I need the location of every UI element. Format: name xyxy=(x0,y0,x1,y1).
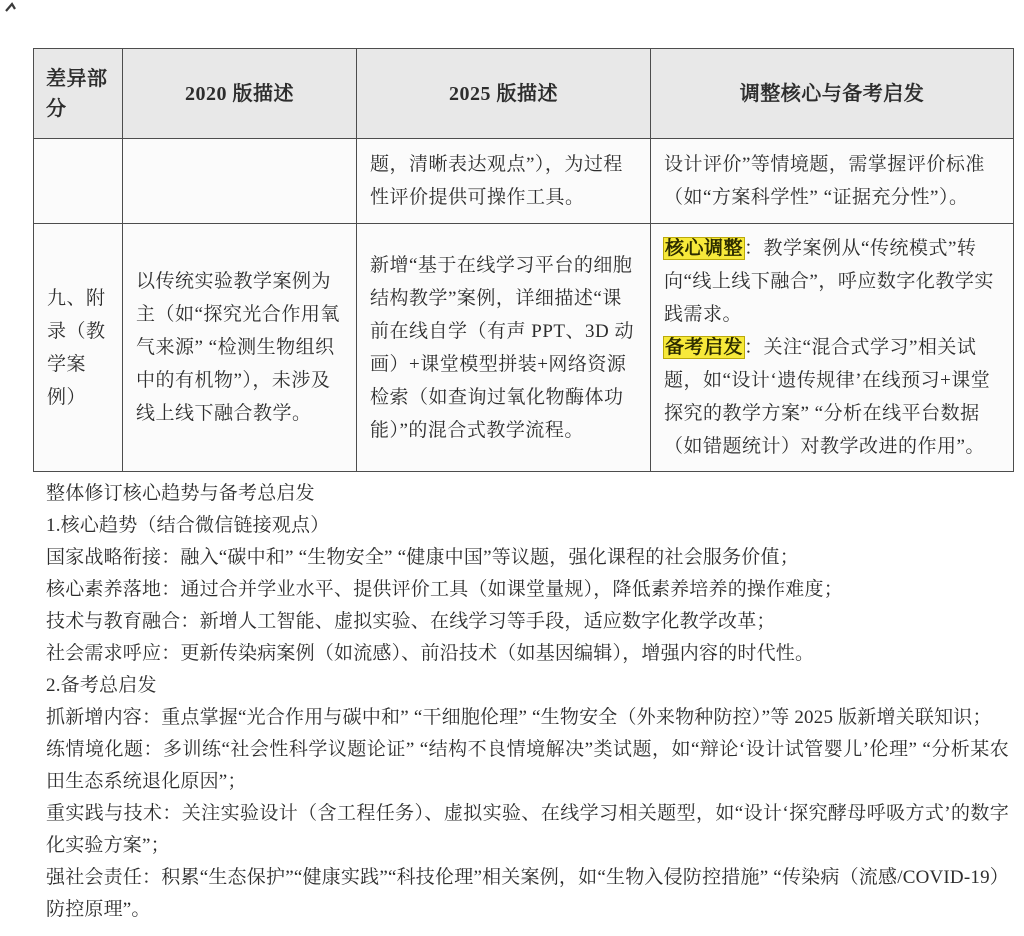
trend-core-literacy: 核心素养落地：通过合并学业水平、提供评价工具（如课堂量规），降低素养培养的操作难… xyxy=(46,574,1009,606)
adjust-core-paragraph: 核心调整：教学案例从“传统模式”转向“线上线下融合”，呼应数字化教学实践需求。 xyxy=(664,232,1000,331)
cell-2020-appendix: 以传统实验教学案例为主（如“探究光合作用氧气来源” “检测生物组织中的有机物”）… xyxy=(123,224,357,472)
cell-diff-part-empty xyxy=(34,139,123,224)
comparison-table: 差异部分 2020 版描述 2025 版描述 调整核心与备考启发 题，清晰表达观… xyxy=(33,48,1014,472)
trend-social-demand: 社会需求呼应：更新传染病案例（如流感）、前沿技术（如基因编辑），增强内容的时代性… xyxy=(46,638,1009,670)
cell-adjust-continued: 设计评价”等情境题，需掌握评价标准（如“方案科学性” “证据充分性”）。 xyxy=(651,139,1014,224)
cell-diff-part-appendix: 九、附录（教学案例） xyxy=(34,224,123,472)
highlight-prep-insight: 备考启发 xyxy=(664,337,744,358)
core-trend-heading: 1.核心趋势（结合微信链接观点） xyxy=(46,510,1009,542)
cell-2020-empty xyxy=(123,139,357,224)
prep-situational-questions: 练情境化题：多训练“社会性科学议题论证” “结构不良情境解决”类试题，如“辩论‘… xyxy=(46,734,1009,798)
table-row-continued: 题，清晰表达观点”），为过程性评价提供可操作工具。 设计评价”等情境题，需掌握评… xyxy=(34,139,1014,224)
trend-national-strategy: 国家战略衔接：融入“碳中和” “生物安全” “健康中国”等议题，强化课程的社会服… xyxy=(46,542,1009,574)
adjust-prep-paragraph: 备考启发：关注“混合式学习”相关试题，如“设计‘遗传规律’在线预习+课堂探究的教… xyxy=(664,331,1000,463)
header-diff-part: 差异部分 xyxy=(34,49,123,139)
prep-insight-heading: 2.备考总启发 xyxy=(46,670,1009,702)
prep-practice-tech: 重实践与技术：关注实验设计（含工程任务）、虚拟实验、在线学习相关题型，如“设计‘… xyxy=(46,798,1009,862)
summary-section: 整体修订核心趋势与备考总启发 1.核心趋势（结合微信链接观点） 国家战略衔接：融… xyxy=(46,478,1009,926)
summary-title: 整体修订核心趋势与备考总启发 xyxy=(46,478,1009,510)
header-2020-desc: 2020 版描述 xyxy=(123,49,357,139)
prep-new-content: 抓新增内容：重点掌握“光合作用与碳中和” “干细胞伦理” “生物安全（外来物种防… xyxy=(46,702,1009,734)
trend-tech-education: 技术与教育融合：新增人工智能、虚拟实验、在线学习等手段，适应数字化教学改革； xyxy=(46,606,1009,638)
scan-artifact-mark xyxy=(4,2,20,14)
cell-adjust-appendix: 核心调整：教学案例从“传统模式”转向“线上线下融合”，呼应数字化教学实践需求。 … xyxy=(651,224,1014,472)
prep-social-responsibility: 强社会责任：积累“生态保护”“健康实践”“科技伦理”相关案例，如“生物入侵防控措… xyxy=(46,862,1009,926)
cell-2025-continued: 题，清晰表达观点”），为过程性评价提供可操作工具。 xyxy=(357,139,651,224)
cell-2025-appendix: 新增“基于在线学习平台的细胞结构教学”案例，详细描述“课前在线自学（有声 PPT… xyxy=(357,224,651,472)
table-row-appendix: 九、附录（教学案例） 以传统实验教学案例为主（如“探究光合作用氧气来源” “检测… xyxy=(34,224,1014,472)
document-page: 差异部分 2020 版描述 2025 版描述 调整核心与备考启发 题，清晰表达观… xyxy=(0,0,1024,936)
header-2025-desc: 2025 版描述 xyxy=(357,49,651,139)
table-header-row: 差异部分 2020 版描述 2025 版描述 调整核心与备考启发 xyxy=(34,49,1014,139)
header-adjust-core: 调整核心与备考启发 xyxy=(651,49,1014,139)
highlight-core-adjust: 核心调整 xyxy=(664,238,744,259)
